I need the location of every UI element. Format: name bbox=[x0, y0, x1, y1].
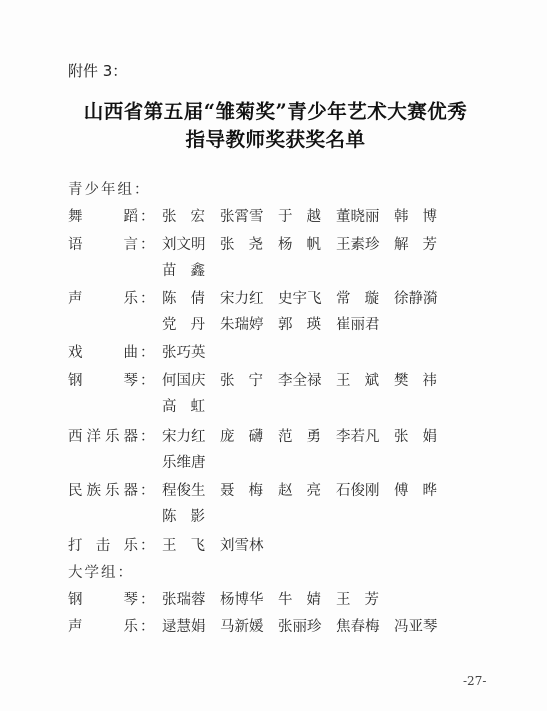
names-list: 陈影 bbox=[162, 505, 220, 526]
teacher-name: 宋力红 bbox=[162, 425, 220, 446]
names-list: 王飞刘雪林 bbox=[162, 534, 278, 555]
teacher-name: 杨帆 bbox=[278, 233, 336, 254]
teacher-name: 董晓丽 bbox=[336, 205, 394, 226]
teacher-name: 范勇 bbox=[278, 425, 336, 446]
names-list: 乐维唐 bbox=[162, 451, 220, 472]
colon: ： bbox=[140, 369, 155, 390]
teacher-name: 冯亚琴 bbox=[394, 615, 452, 636]
category-label: 舞蹈 bbox=[68, 205, 138, 226]
category-label: 钢琴 bbox=[68, 369, 138, 390]
group-title: 青少年组： bbox=[68, 178, 151, 199]
names-list: 刘文明张尧杨帆王素珍解芳 bbox=[162, 233, 452, 254]
names-list: 张宏张霄雪于越董晓丽韩博 bbox=[162, 205, 452, 226]
teacher-name: 张宏 bbox=[162, 205, 220, 226]
teacher-name: 郭瑛 bbox=[278, 313, 336, 334]
names-list: 程俊生聂梅赵亮石俊刚傅晔 bbox=[162, 479, 452, 500]
teacher-name: 解芳 bbox=[394, 233, 452, 254]
category-label: 声乐 bbox=[68, 615, 138, 636]
colon: ： bbox=[140, 205, 155, 226]
teacher-name: 徐静漪 bbox=[394, 287, 452, 308]
teacher-name: 石俊刚 bbox=[336, 479, 394, 500]
teacher-name: 傅晔 bbox=[394, 479, 452, 500]
teacher-name: 樊祎 bbox=[394, 369, 452, 390]
teacher-name: 陈倩 bbox=[162, 287, 220, 308]
teacher-name: 王芳 bbox=[336, 588, 394, 609]
category-label: 打击乐 bbox=[68, 534, 138, 555]
teacher-name: 苗鑫 bbox=[162, 259, 220, 280]
teacher-name: 刘雪林 bbox=[220, 534, 278, 555]
category-label: 西洋乐器 bbox=[68, 425, 138, 446]
names-list: 逯慧娟马新媛张丽珍焦春梅冯亚琴 bbox=[162, 615, 452, 636]
teacher-name: 王飞 bbox=[162, 534, 220, 555]
teacher-name: 党丹 bbox=[162, 313, 220, 334]
teacher-name: 常璇 bbox=[336, 287, 394, 308]
teacher-name: 王素珍 bbox=[336, 233, 394, 254]
teacher-name: 杨博华 bbox=[220, 588, 278, 609]
teacher-name: 张巧英 bbox=[162, 341, 220, 362]
colon: ： bbox=[140, 588, 155, 609]
category-label: 民族乐器 bbox=[68, 479, 138, 500]
title-line-2: 指导教师奖获奖名单 bbox=[2, 124, 547, 152]
category-label: 语言 bbox=[68, 233, 138, 254]
teacher-name: 赵亮 bbox=[278, 479, 336, 500]
teacher-name: 张娟 bbox=[394, 425, 452, 446]
teacher-name: 焦春梅 bbox=[336, 615, 394, 636]
teacher-name: 牛婧 bbox=[278, 588, 336, 609]
category-label: 声乐 bbox=[68, 287, 138, 308]
teacher-name: 李全禄 bbox=[278, 369, 336, 390]
teacher-name: 乐维唐 bbox=[162, 451, 220, 472]
teacher-name: 韩博 bbox=[394, 205, 452, 226]
teacher-name: 庞礴 bbox=[220, 425, 278, 446]
category-label: 钢琴 bbox=[68, 588, 138, 609]
group-title: 大学组： bbox=[68, 561, 134, 582]
colon: ： bbox=[140, 341, 155, 362]
teacher-name: 马新媛 bbox=[220, 615, 278, 636]
colon: ： bbox=[140, 287, 155, 308]
teacher-name: 逯慧娟 bbox=[162, 615, 220, 636]
colon: ： bbox=[140, 615, 155, 636]
names-list: 苗鑫 bbox=[162, 259, 220, 280]
colon: ： bbox=[140, 425, 155, 446]
colon: ： bbox=[140, 534, 155, 555]
names-list: 党丹朱瑞婷郭瑛崔丽君 bbox=[162, 313, 394, 334]
teacher-name: 张瑞蓉 bbox=[162, 588, 220, 609]
names-list: 何国庆张宁李全禄王斌樊祎 bbox=[162, 369, 452, 390]
document-page: 附件 3： 山西省第五届“雏菊奖”青少年艺术大赛优秀 指导教师奖获奖名单 青少年… bbox=[0, 0, 547, 711]
colon: ： bbox=[140, 479, 155, 500]
teacher-name: 刘文明 bbox=[162, 233, 220, 254]
teacher-name: 张丽珍 bbox=[278, 615, 336, 636]
teacher-name: 张尧 bbox=[220, 233, 278, 254]
names-list: 张瑞蓉杨博华牛婧王芳 bbox=[162, 588, 394, 609]
teacher-name: 张宁 bbox=[220, 369, 278, 390]
teacher-name: 史宇飞 bbox=[278, 287, 336, 308]
teacher-name: 于越 bbox=[278, 205, 336, 226]
teacher-name: 张霄雪 bbox=[220, 205, 278, 226]
names-list: 陈倩宋力红史宇飞常璇徐静漪 bbox=[162, 287, 452, 308]
teacher-name: 高虹 bbox=[162, 395, 220, 416]
teacher-name: 宋力红 bbox=[220, 287, 278, 308]
teacher-name: 朱瑞婷 bbox=[220, 313, 278, 334]
names-list: 张巧英 bbox=[162, 341, 220, 362]
teacher-name: 李若凡 bbox=[336, 425, 394, 446]
colon: ： bbox=[140, 233, 155, 254]
teacher-name: 聂梅 bbox=[220, 479, 278, 500]
title-line-1: 山西省第五届“雏菊奖”青少年艺术大赛优秀 bbox=[2, 96, 547, 124]
page-number: -27- bbox=[463, 674, 486, 688]
names-list: 高虹 bbox=[162, 395, 220, 416]
teacher-name: 程俊生 bbox=[162, 479, 220, 500]
teacher-name: 王斌 bbox=[336, 369, 394, 390]
names-list: 宋力红庞礴范勇李若凡张娟 bbox=[162, 425, 452, 446]
category-label: 戏曲 bbox=[68, 341, 138, 362]
attachment-label: 附件 3： bbox=[68, 60, 127, 81]
teacher-name: 陈影 bbox=[162, 505, 220, 526]
teacher-name: 崔丽君 bbox=[336, 313, 394, 334]
teacher-name: 何国庆 bbox=[162, 369, 220, 390]
